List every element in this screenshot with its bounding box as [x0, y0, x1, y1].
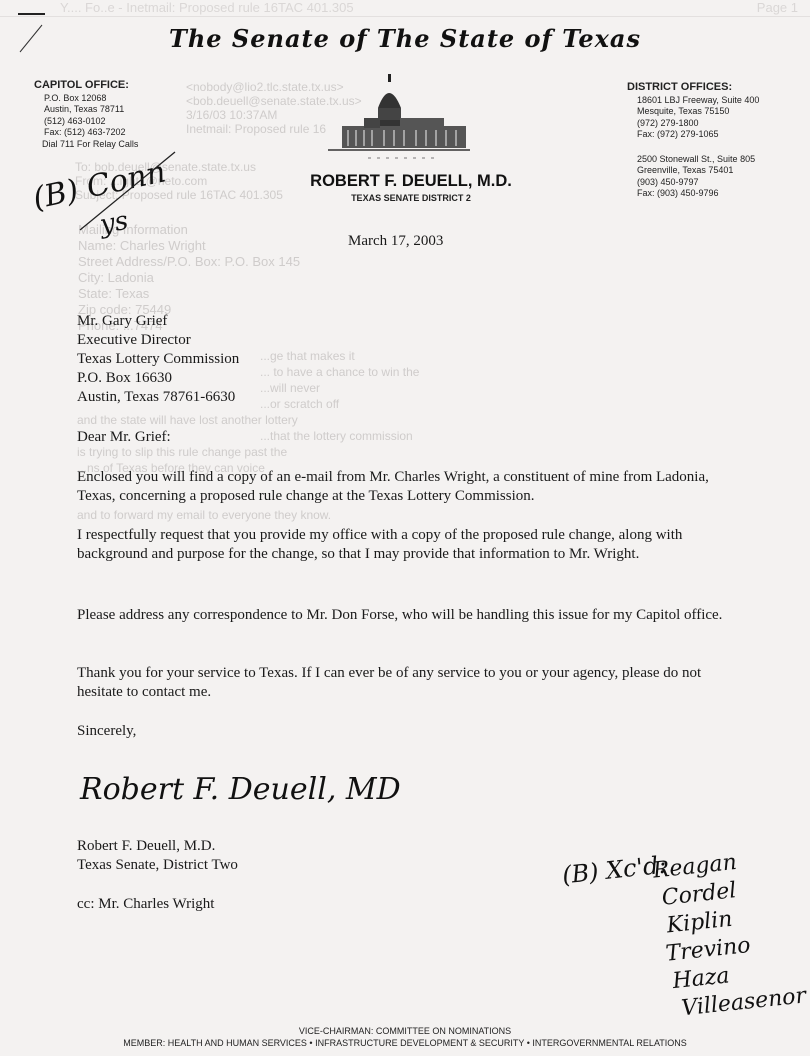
recipient-line: Austin, Texas 78761-6630	[77, 388, 239, 407]
ghost-line: Street Address/P.O. Box: P.O. Box 145	[78, 254, 300, 270]
district-office-line: Mesquite, Texas 75150	[627, 106, 759, 118]
closing: Sincerely,	[77, 722, 136, 741]
capitol-office-line: P.O. Box 12068	[34, 93, 138, 105]
salutation: Dear Mr. Grief:	[77, 428, 171, 447]
letter-date: March 17, 2003	[348, 233, 443, 250]
district-office-line: (972) 279-1800	[627, 118, 759, 130]
recipient-address: Mr. Gary Grief Executive Director Texas …	[77, 312, 239, 407]
recipient-line: P.O. Box 16630	[77, 369, 239, 388]
ghost-line: and to forward my email to everyone they…	[77, 508, 331, 522]
bleed-through-page: Page 1	[757, 0, 798, 15]
paragraph-3: Please address any correspondence to Mr.…	[77, 606, 737, 625]
capitol-office-heading: CAPITOL OFFICE:	[34, 80, 138, 92]
capitol-office-block: CAPITOL OFFICE: P.O. Box 12068 Austin, T…	[34, 80, 138, 150]
paragraph-4: Thank you for your service to Texas. If …	[77, 664, 737, 702]
capitol-office-line: Fax: (512) 463-7202	[34, 127, 138, 139]
capitol-office-line: Austin, Texas 78711	[34, 104, 138, 116]
ghost-line: and the state will have lost another lot…	[77, 412, 419, 428]
cc-line: cc: Mr. Charles Wright	[77, 895, 214, 914]
district-office-line: Fax: (972) 279-1065	[627, 129, 759, 141]
footer-vice-chairman: VICE-CHAIRMAN: COMMITTEE ON NOMINATIONS	[0, 1026, 810, 1036]
signer-block: Robert F. Deuell, M.D. Texas Senate, Dis…	[77, 837, 238, 875]
recipient-line: Mr. Gary Grief	[77, 312, 239, 331]
ghost-line: City: Ladonia	[78, 270, 300, 286]
handwritten-cc-prefix: (B) Xc'd:	[561, 851, 668, 890]
signer-title: Texas Senate, District Two	[77, 856, 238, 875]
handwritten-cc-names: Reagan Cordel Kiplin Trevino Haza Villea…	[652, 843, 808, 1025]
paragraph-1: Enclosed you will find a copy of an e-ma…	[77, 468, 737, 506]
ghost-line: ...that the lottery commission	[200, 428, 419, 444]
handwritten-initials: ys	[98, 206, 131, 240]
signer-name: Robert F. Deuell, M.D.	[77, 837, 238, 856]
bleed-through-header-bar: Y.... Fo..e - Inetmail: Proposed rule 16…	[0, 0, 810, 17]
senate-masthead: The Senate of The State of Texas	[0, 24, 810, 53]
district-office-line: 18601 LBJ Freeway, Suite 400	[627, 95, 759, 107]
paragraph-2: I respectfully request that you provide …	[77, 526, 737, 564]
district-offices-heading: DISTRICT OFFICES:	[627, 82, 759, 94]
capitol-office-line: (512) 463-0102	[34, 116, 138, 128]
recipient-line: Executive Director	[77, 331, 239, 350]
ghost-line: Name: Charles Wright	[78, 238, 300, 254]
capitol-office-line: Dial 711 For Relay Calls	[34, 139, 138, 151]
district-office-line: 2500 Stonewall St., Suite 805	[627, 154, 759, 166]
recipient-line: Texas Lottery Commission	[77, 350, 239, 369]
bleed-through-message-end: and to forward my email to everyone they…	[77, 508, 331, 522]
ghost-line: State: Texas	[78, 286, 300, 302]
footer-committees: MEMBER: HEALTH AND HUMAN SERVICES • INFR…	[0, 1038, 810, 1048]
capitol-building-icon	[328, 74, 478, 164]
signature: Robert F. Deuell, MD	[80, 772, 401, 807]
